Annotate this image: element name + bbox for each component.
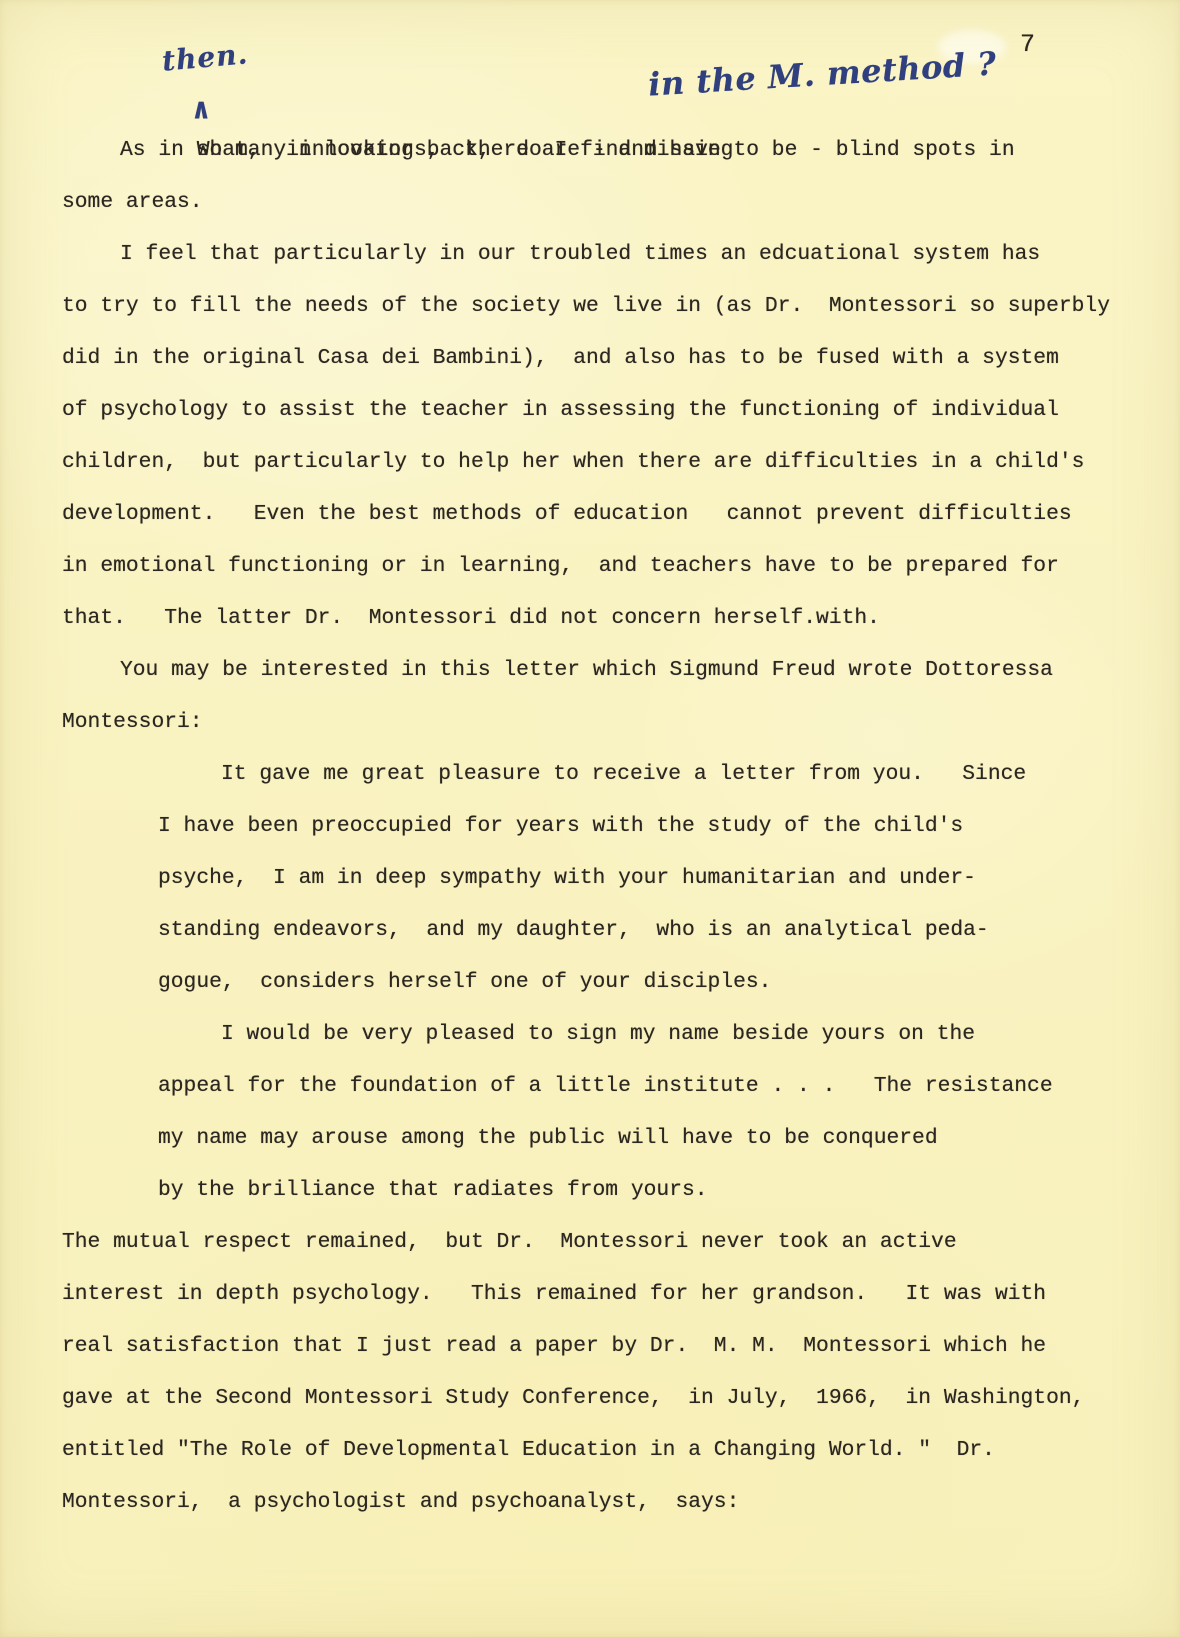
typed-line: standing endeavors, and my daughter, who… [0,904,1180,956]
typed-line: children, but particularly to help her w… [0,436,1180,488]
page-number: 7 [1020,30,1035,60]
typed-line: I would be very pleased to sign my name … [0,1008,1180,1060]
typed-line: gave at the Second Montessori Study Conf… [0,1372,1180,1424]
typed-lines: As in so many innovators, there are - an… [0,124,1180,1528]
typed-line: appeal for the foundation of a little in… [0,1060,1180,1112]
typed-line: interest in depth psychology. This remai… [0,1268,1180,1320]
typed-line: psyche, I am in deep sympathy with your … [0,852,1180,904]
handwritten-phrase: in the M. method ? [647,47,997,100]
typed-line: gogue, considers herself one of your dis… [0,956,1180,1008]
document-page: 7 What, in looking back, do I find missi… [0,0,1180,1637]
typed-line: Montessori: [0,696,1180,748]
typed-text-block: What, in looking back, do I find missing… [0,72,1180,1528]
typed-line: by the brilliance that radiates from you… [0,1164,1180,1216]
handwritten-insert-then: then. [161,40,249,75]
typed-line: in emotional functioning or in learning,… [0,540,1180,592]
typed-line: development. Even the best methods of ed… [0,488,1180,540]
typed-line: The mutual respect remained, but Dr. Mon… [0,1216,1180,1268]
typed-line: It gave me great pleasure to receive a l… [0,748,1180,800]
typed-line: You may be interested in this letter whi… [0,644,1180,696]
typed-line: I have been preoccupied for years with t… [0,800,1180,852]
typed-line: that. The latter Dr. Montessori did not … [0,592,1180,644]
handwritten-caret-icon: ∧ [191,94,211,123]
typed-line-first: What, in looking back, do I find missing… [0,72,1180,124]
typed-line: did in the original Casa dei Bambini), a… [0,332,1180,384]
typed-line-first-text: What, in looking back, do I find missing [197,138,734,162]
typed-line: real satisfaction that I just read a pap… [0,1320,1180,1372]
typed-line: entitled "The Role of Developmental Educ… [0,1424,1180,1476]
typed-line: of psychology to assist the teacher in a… [0,384,1180,436]
typed-line: Montessori, a psychologist and psychoana… [0,1476,1180,1528]
typed-line: my name may arouse among the public will… [0,1112,1180,1164]
